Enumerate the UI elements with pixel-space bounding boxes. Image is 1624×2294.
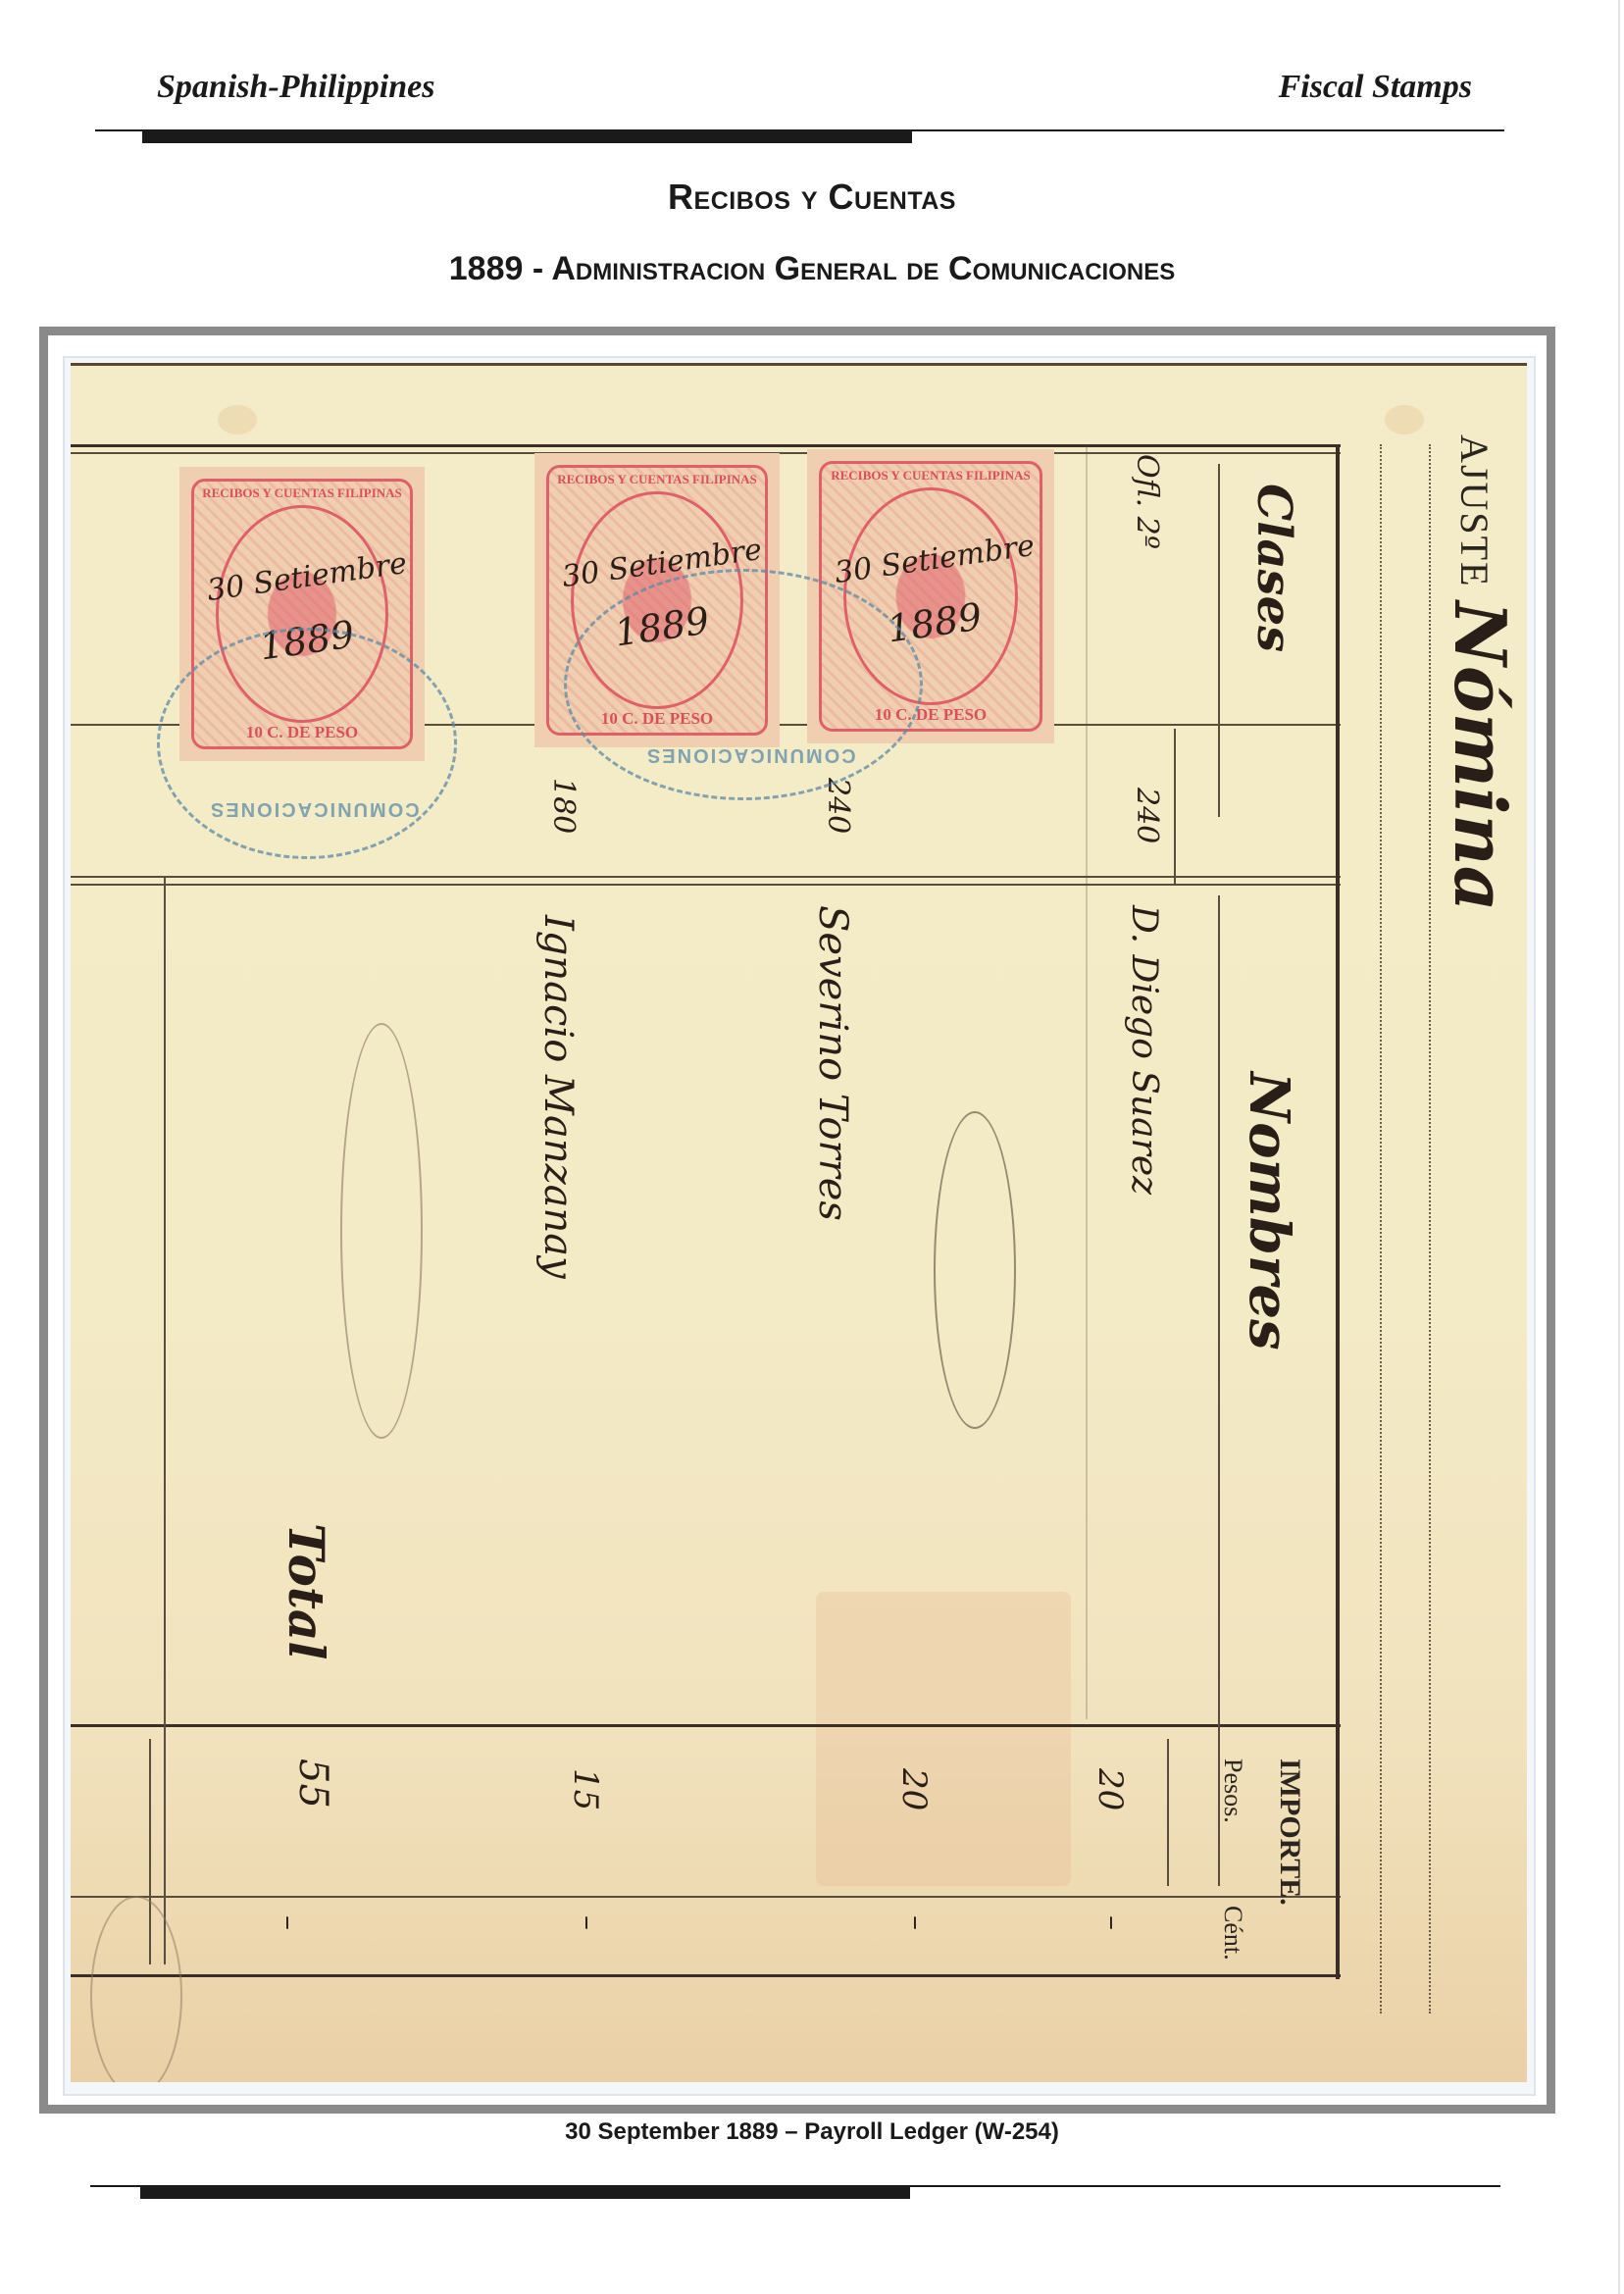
page-edge-line	[1618, 0, 1620, 2294]
page-title: Recibos y Cuentas	[0, 177, 1624, 218]
header-rule-thick	[142, 131, 912, 143]
row-sueldo: 180	[546, 778, 581, 834]
oval-cancellation: COMUNICACIONES	[157, 628, 457, 859]
row-clase: Ofl. 2º	[1130, 454, 1164, 549]
cent-heading: Cént.	[1218, 1906, 1247, 1961]
exhibit-caption: 30 September 1889 – Payroll Ledger (W-25…	[0, 2118, 1624, 2146]
footer-rule-thick	[140, 2187, 910, 2199]
row-cent: –	[1095, 1915, 1130, 1930]
clases-heading: Clases	[1246, 484, 1301, 652]
printed-heading: AJUSTE	[1451, 434, 1497, 587]
row-nombre: Ignacio Manzanay	[535, 915, 581, 1279]
row-cent: –	[571, 1915, 605, 1930]
cancellation-text: COMUNICACIONES	[645, 743, 856, 766]
row-nombre: D. Diego Suarez	[1124, 905, 1164, 1195]
stamp-inscription: RECIBOS Y CUENTAS FILIPINAS	[549, 472, 765, 487]
nombres-heading: Nombres	[1237, 1072, 1301, 1351]
row-nombre: Severino Torres	[810, 905, 855, 1221]
stamp-inscription: RECIBOS Y CUENTAS FILIPINAS	[822, 468, 1040, 484]
signature-flourish	[934, 1111, 1016, 1429]
row-sueldo: 240	[1130, 788, 1164, 843]
header-category: Fiscal Stamps	[1279, 69, 1472, 106]
total-label: Total	[278, 1523, 335, 1659]
importe-heading: IMPORTE.	[1273, 1759, 1306, 1906]
page-subtitle: 1889 - Administracion General de Comunic…	[0, 250, 1624, 288]
signature-flourish	[340, 1023, 423, 1439]
header-country: Spanish-Philippines	[157, 69, 434, 106]
row-pesos: 15	[566, 1768, 605, 1810]
total-cent: –	[272, 1915, 306, 1930]
row-pesos: 20	[894, 1768, 934, 1810]
row-pesos: 20	[1091, 1768, 1130, 1810]
pesos-heading: Pesos.	[1218, 1759, 1247, 1823]
stamp-inscription: RECIBOS Y CUENTAS FILIPINAS	[194, 485, 410, 501]
oval-cancellation: COMUNICACIONES	[564, 569, 923, 800]
row-cent: –	[899, 1915, 934, 1930]
signature-flourish	[90, 1896, 182, 2082]
cancellation-text: COMUNICACIONES	[209, 797, 420, 820]
heading-script: Nómina	[1439, 601, 1522, 911]
total-pesos: 55	[290, 1759, 335, 1809]
